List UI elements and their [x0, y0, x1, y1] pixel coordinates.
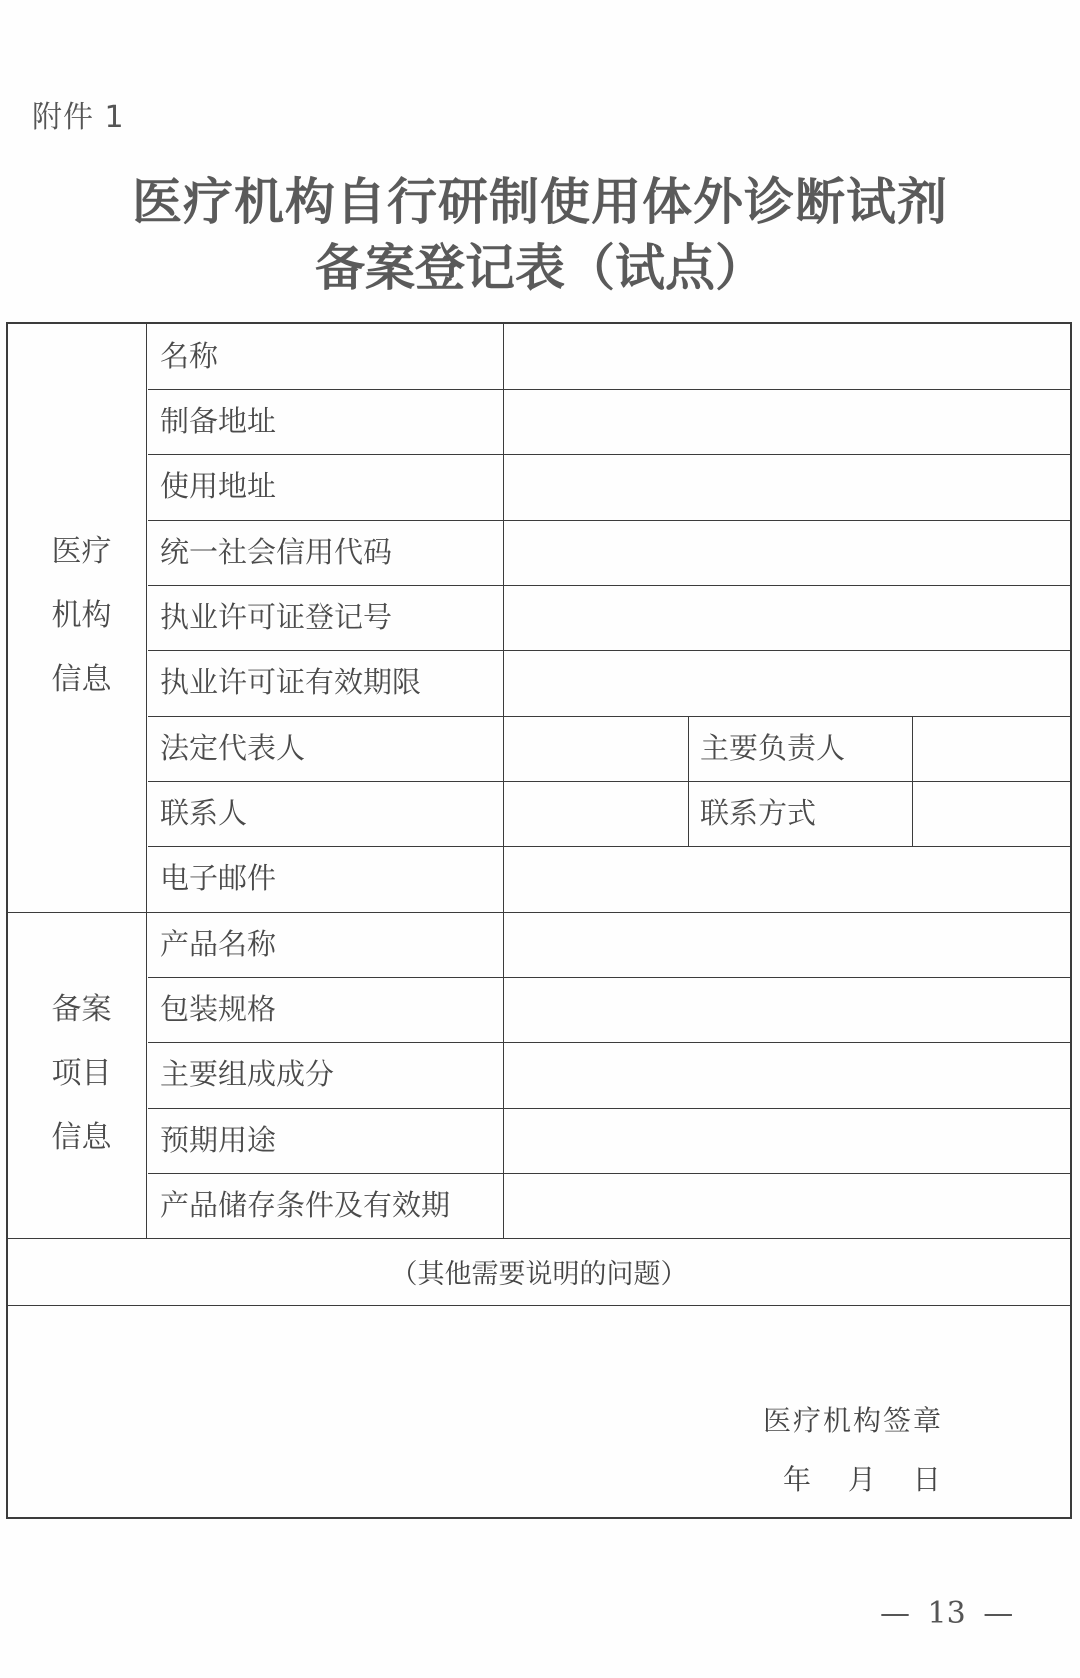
attachment-label: 附件 1	[32, 92, 125, 136]
field-label-name: 名称	[160, 324, 218, 389]
field-value-prep-address[interactable]	[505, 389, 1070, 454]
field-value-main-components[interactable]	[505, 1042, 1070, 1107]
form-title-line1: 医疗机构自行研制使用体外诊断试剂	[0, 170, 1080, 234]
field-label-license-number: 执业许可证登记号	[160, 585, 392, 650]
field-value-name[interactable]	[505, 324, 1070, 389]
field-value-package-spec[interactable]	[505, 977, 1070, 1042]
group-label-institution: 医疗 机构 信息	[44, 520, 119, 712]
field-value-product-name[interactable]	[505, 912, 1070, 977]
field-label-package-spec: 包装规格	[160, 977, 276, 1042]
field-value-use-address[interactable]	[505, 454, 1070, 519]
date-label: 年 月 日	[783, 1458, 941, 1498]
group-label-filing-item: 备案 项目 信息	[44, 978, 119, 1170]
field-value-principal[interactable]	[914, 716, 1070, 781]
field-label-prep-address: 制备地址	[160, 389, 276, 454]
other-notes-heading: （其他需要说明的问题）	[8, 1242, 1070, 1308]
field-value-license-number[interactable]	[505, 585, 1070, 650]
field-value-email[interactable]	[505, 846, 1070, 911]
field-value-contact-method[interactable]	[914, 781, 1070, 846]
field-label-use-address: 使用地址	[160, 454, 276, 519]
institution-seal-label: 医疗机构签章	[763, 1399, 943, 1439]
field-label-credit-code: 统一社会信用代码	[160, 520, 392, 585]
group-label-line: 项目	[44, 1042, 119, 1106]
registration-form-table: 医疗 机构 信息 备案 项目 信息 名称 制备地址 使用地址 统一社会信用代码 …	[6, 322, 1072, 1519]
field-label-principal: 主要负责人	[700, 716, 845, 781]
field-label-main-components: 主要组成成分	[160, 1042, 334, 1107]
field-label-license-validity: 执业许可证有效期限	[160, 650, 421, 715]
field-value-contact[interactable]	[505, 781, 687, 846]
group-label-line: 信息	[44, 1106, 119, 1170]
group-label-line: 机构	[44, 584, 119, 648]
field-label-product-name: 产品名称	[160, 912, 276, 977]
field-label-contact: 联系人	[160, 781, 247, 846]
field-value-credit-code[interactable]	[505, 520, 1070, 585]
field-label-storage-validity: 产品储存条件及有效期	[160, 1173, 450, 1238]
field-label-legal-rep: 法定代表人	[160, 716, 305, 781]
field-value-storage-validity[interactable]	[505, 1173, 1070, 1238]
field-value-intended-use[interactable]	[505, 1108, 1070, 1173]
group-label-line: 信息	[44, 648, 119, 712]
field-value-license-validity[interactable]	[505, 650, 1070, 715]
field-value-legal-rep[interactable]	[505, 716, 687, 781]
form-title-line2: 备案登记表（试点）	[0, 236, 1080, 300]
page-number: — 13 —	[880, 1596, 1013, 1631]
field-label-intended-use: 预期用途	[160, 1108, 276, 1173]
field-label-contact-method: 联系方式	[700, 781, 816, 846]
group-label-line: 备案	[44, 978, 119, 1042]
field-label-email: 电子邮件	[160, 846, 276, 911]
group-label-line: 医疗	[44, 520, 119, 584]
